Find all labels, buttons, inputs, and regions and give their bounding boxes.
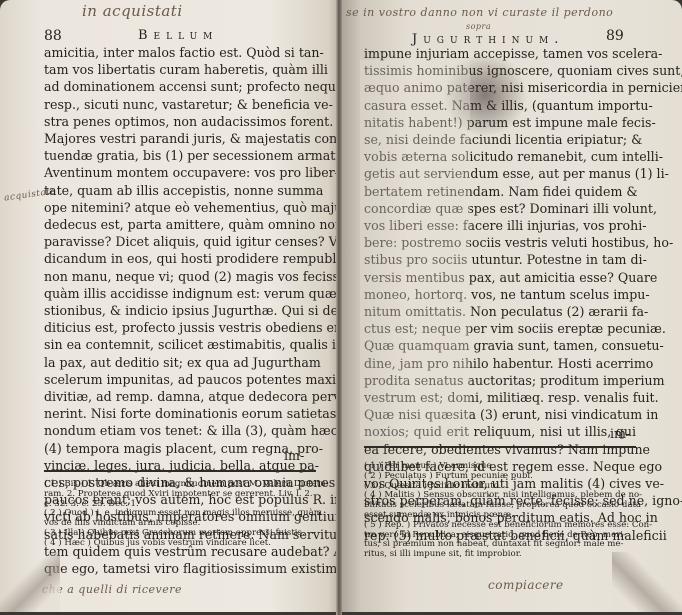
text-line: ope nitemini? atque eò vehementius, quò … <box>44 199 316 216</box>
text-line: sin ea contemnit, scilicet æstimabitis, … <box>44 336 316 353</box>
text-line: nondum etiam vos tenet: & illa (3), quàm… <box>44 422 316 439</box>
text-line: tuendæ gratia, bis (1) per secessionem a… <box>44 147 316 164</box>
text-line: divitiæ, ad remp. damna, atque dedecora … <box>44 388 316 405</box>
handwritten-note-top-right-2: sopra <box>466 22 491 31</box>
text-line: paravisse? Dicet aliquis, quid igitur ce… <box>44 233 316 250</box>
text-line: Aventinum montem occupavere: vos pro lib… <box>44 164 316 181</box>
text-line: stra penes optimos, non audacissimos for… <box>44 113 316 130</box>
footnote-rule-left <box>44 470 316 472</box>
running-head-left: Bellum <box>138 28 218 43</box>
handwritten-note-top-left: in acquistati <box>82 2 183 20</box>
text-line: resp., sicuti nunc, vastaretur; & benefi… <box>44 96 316 113</box>
text-line: stionibus, & indicio ipsius Jugurthæ. Qu… <box>44 302 316 319</box>
book-spread: in acquistati 88 Bellum acquistate amici… <box>0 0 682 615</box>
text-line: diticius est, profecto jussis vestris ob… <box>44 319 316 336</box>
text-line: Majores vestri parandi juris, & majestat… <box>44 130 316 147</box>
text-line: dedecus est, parta amittere, quàm omnino… <box>44 216 316 233</box>
page-curl-right <box>612 552 682 612</box>
footnote-line: ritus, si illi impune sit, fit improbior… <box>364 550 640 560</box>
handwritten-note-bottom-right: compiacere <box>488 578 564 592</box>
text-line: amicitia, inter malos factio est. Quòd s… <box>44 44 316 61</box>
text-line: quàm illis accidisse indignum est: verum… <box>44 285 316 302</box>
book-gutter <box>336 0 342 615</box>
text-line: (4) tempora magis placent, cum regna, pr… <box>44 440 316 457</box>
text-line: non manu, neque vi; quod (2) magis vos f… <box>44 268 316 285</box>
text-line: que ego, tametsi viro flagitiosissimum e… <box>44 560 316 577</box>
right-footnotes: ( 1 ) Per manus ) Vi armisque.( 2 ) Pecu… <box>364 462 640 560</box>
catchword-left: im- <box>284 448 304 463</box>
page-number-right: 89 <box>606 28 624 44</box>
catchword-right: im- <box>610 426 630 441</box>
footnote-rule-right <box>364 446 636 448</box>
text-line: scelerum impunitas, ad paucos potentes m… <box>44 371 316 388</box>
text-line: tate, quam ab illis accepistis, nonne su… <box>44 182 316 199</box>
text-line: ad dominationem accensi sunt; profecto n… <box>44 78 316 95</box>
faded-region <box>360 60 470 440</box>
handwritten-note-bottom-left: che a quelli di ricevere <box>42 583 182 596</box>
handwritten-note-top-right: se in vostro danno non vi curaste il per… <box>346 6 613 19</box>
page-curl-left <box>0 552 60 612</box>
text-line: dicandum in eos, qui hosti prodidere rem… <box>44 250 316 267</box>
page-number-left: 88 <box>44 28 62 44</box>
text-line: nerint. Nisi forte dominationis eorum sa… <box>44 405 316 422</box>
text-line: tam vos libertatis curam haberetis, quàm… <box>44 61 316 78</box>
footnote-line: ( 4 ) Hæc ) Quibus jus vobis vestrum vin… <box>44 539 318 549</box>
left-page: in acquistati 88 Bellum acquistate amici… <box>0 0 338 612</box>
right-page: se in vostro danno non vi curaste il per… <box>340 0 682 612</box>
text-line: ea fecere, obedientes vivamus? Nam impun… <box>364 441 636 458</box>
left-footnotes: ( 1 ) Bis ) 1. Ob æris alieni magnitudin… <box>44 480 318 549</box>
text-line: la pax, aut deditio sit; ex qua ad Jugur… <box>44 354 316 371</box>
